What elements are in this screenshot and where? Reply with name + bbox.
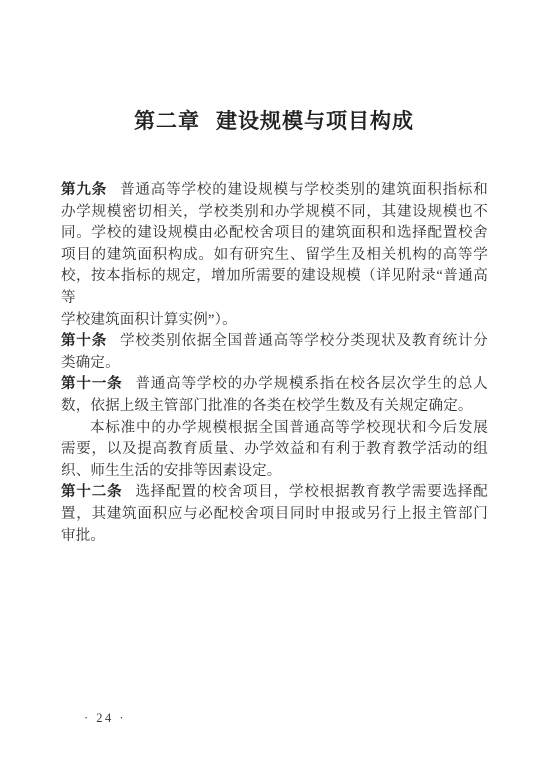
text-line: 织、师生生活的安排等因素设定。 [61, 461, 488, 483]
line-text: 需要，以及提高教育质量、办学效益和有利于教育教学活动的组 [61, 441, 488, 457]
line-text: 数，依据上级主管部门批准的各类在校学生数及有关规定确定。 [61, 398, 473, 414]
line-text: 项目的建筑面积构成。如有研究生、留学生及相关机构的高等学 [61, 247, 488, 263]
text-line: 类确定。 [61, 353, 488, 375]
line-text: 学校类别依据全国普通高等学校分类现状及教育统计分 [120, 333, 488, 349]
text-line: 第十二条选择配置的校舍项目，学校根据教育教学需要选择配 [61, 482, 488, 504]
line-text: 办学规模密切相关，学校类别和办学规模不同，其建设规模也不 [61, 204, 488, 220]
article-label: 第十条 [61, 333, 107, 349]
article-label: 第九条 [61, 182, 107, 198]
document-page: 第二章建设规模与项目构成 第九条普通高等学校的建设规模与学校类别的建筑面积指标和… [0, 0, 548, 763]
line-text: 本标准中的办学规模根据全国普通高等学校现状和今后发展 [90, 420, 488, 436]
article-label: 第十二条 [61, 484, 122, 500]
text-line: 第十条学校类别依据全国普通高等学校分类现状及教育统计分 [61, 331, 488, 353]
line-text: 选择配置的校舍项目，学校根据教育教学需要选择配 [135, 484, 488, 500]
line-text: 置，其建筑面积应与必配校舍项目同时申报或另行上报主管部门 [61, 506, 488, 522]
text-line: 第十一条普通高等学校的办学规模系指在校各层次学生的总人 [61, 374, 488, 396]
line-text: 织、师生生活的安排等因素设定。 [61, 463, 282, 479]
text-line: 学校建筑面积计算实例”）。 [61, 310, 488, 332]
text-line: 审批。 [61, 526, 488, 548]
text-line: 同。学校的建设规模由必配校舍项目的建筑面积和选择配置校舍 [61, 223, 488, 245]
line-text: 审批。 [61, 528, 105, 544]
line-text: 普通高等学校的建设规模与学校类别的建筑面积指标和 [120, 182, 488, 198]
text-line: 第九条普通高等学校的建设规模与学校类别的建筑面积指标和 [61, 180, 488, 202]
text-line: 数，依据上级主管部门批准的各类在校学生数及有关规定确定。 [61, 396, 488, 418]
line-text: 普通高等学校的办学规模系指在校各层次学生的总人 [135, 376, 488, 392]
chapter-title: 第二章建设规模与项目构成 [0, 109, 548, 135]
text-line: 办学规模密切相关，学校类别和办学规模不同，其建设规模也不 [61, 202, 488, 224]
page-number: · 24 · [84, 711, 126, 726]
line-text: 同。学校的建设规模由必配校舍项目的建筑面积和选择配置校舍 [61, 225, 488, 241]
line-text: 学校建筑面积计算实例”）。 [61, 312, 237, 328]
text-line: 需要，以及提高教育质量、办学效益和有利于教育教学活动的组 [61, 439, 488, 461]
text-line: 校，按本指标的规定，增加所需要的建设规模（详见附录“普通高等 [61, 266, 488, 309]
line-text: 校，按本指标的规定，增加所需要的建设规模（详见附录“普通高等 [61, 268, 488, 306]
article-label: 第十一条 [61, 376, 122, 392]
text-line: 置，其建筑面积应与必配校舍项目同时申报或另行上报主管部门 [61, 504, 488, 526]
line-text: 类确定。 [61, 355, 120, 371]
text-line: 项目的建筑面积构成。如有研究生、留学生及相关机构的高等学 [61, 245, 488, 267]
text-line: 本标准中的办学规模根据全国普通高等学校现状和今后发展 [61, 418, 488, 440]
chapter-number: 第二章 [134, 110, 200, 133]
article-text: 第九条普通高等学校的建设规模与学校类别的建筑面积指标和办学规模密切相关，学校类别… [61, 180, 488, 547]
chapter-name: 建设规模与项目构成 [216, 110, 414, 133]
